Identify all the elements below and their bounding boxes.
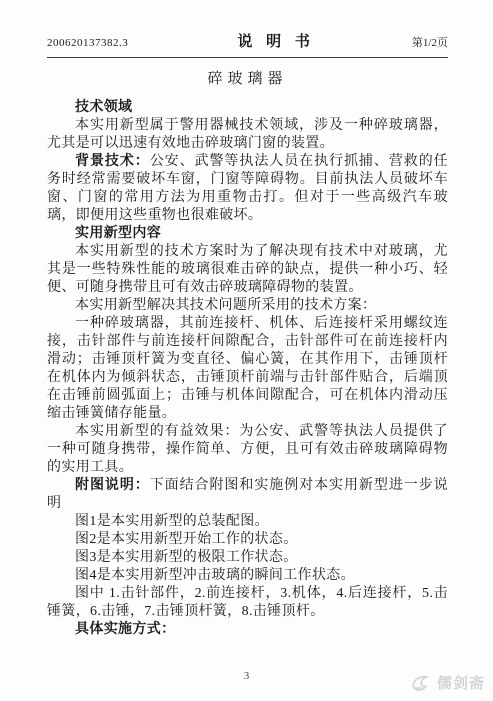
document-page: 200620137382.3 说 明 书 第1/2页 碎玻璃器 技术领域 本实用… — [0, 0, 493, 701]
paragraph: 本实用新型的技术方案时为了解决现有技术中对玻璃，尤其是一些特殊性能的玻璃很难击碎… — [47, 243, 448, 297]
figure-caption: 图1是本实用新型的总装配图。 — [47, 513, 448, 531]
section-heading: 技术领域 — [47, 99, 448, 117]
paragraph: 附图说明：下面结合附图和实施例对本实用新型进一步说明 — [47, 477, 448, 513]
section-heading: 具体实施方式： — [47, 621, 448, 639]
page-indicator: 第1/2页 — [412, 34, 448, 50]
reference-numerals: 图中 1.击针部件，2.前连接杆，3.机体，4.后连接杆，5.击锤簧，6.击锤，… — [47, 585, 448, 621]
watermark: 儒剑斋 — [408, 670, 485, 694]
application-number: 200620137382.3 — [47, 37, 128, 49]
figure-caption: 图4是本实用新型冲击玻璃的瞬间工作状态。 — [47, 567, 448, 585]
document-body: 技术领域 本实用新型属于警用器械技术领域，涉及一种碎玻璃器，尤其是可以迅速有效地… — [47, 99, 448, 639]
header-divider — [47, 57, 448, 58]
figure-caption: 图3是本实用新型的极限工作状态。 — [47, 549, 448, 567]
figure-caption: 图2是本实用新型开始工作的状态。 — [47, 531, 448, 549]
watermark-logo-icon — [408, 670, 432, 694]
paragraph: 一种碎玻璃器，其前连接杆、机体、后连接杆采用螺纹连接，击针部件与前连接杆间隙配合… — [47, 315, 448, 423]
invention-title: 碎玻璃器 — [47, 67, 448, 88]
document-type-title: 说 明 书 — [237, 30, 315, 51]
watermark-text: 儒剑斋 — [437, 672, 485, 693]
paragraph: 本实用新型解决其技术问题所采用的技术方案： — [47, 297, 448, 315]
page-header: 200620137382.3 说 明 书 第1/2页 — [47, 30, 448, 51]
section-heading: 实用新型内容 — [47, 225, 448, 243]
paragraph: 背景技术：公安、武警等执法人员在执行抓捕、营救的任务时经常需要破坏车窗，门窗等障… — [47, 153, 448, 225]
paragraph: 本实用新型的有益效果：为公安、武警等执法人员提供了一种可随身携带，操作简单、方便… — [47, 423, 448, 477]
paragraph: 本实用新型属于警用器械技术领域，涉及一种碎玻璃器，尤其是可以迅速有效地击碎玻璃门… — [47, 117, 448, 153]
